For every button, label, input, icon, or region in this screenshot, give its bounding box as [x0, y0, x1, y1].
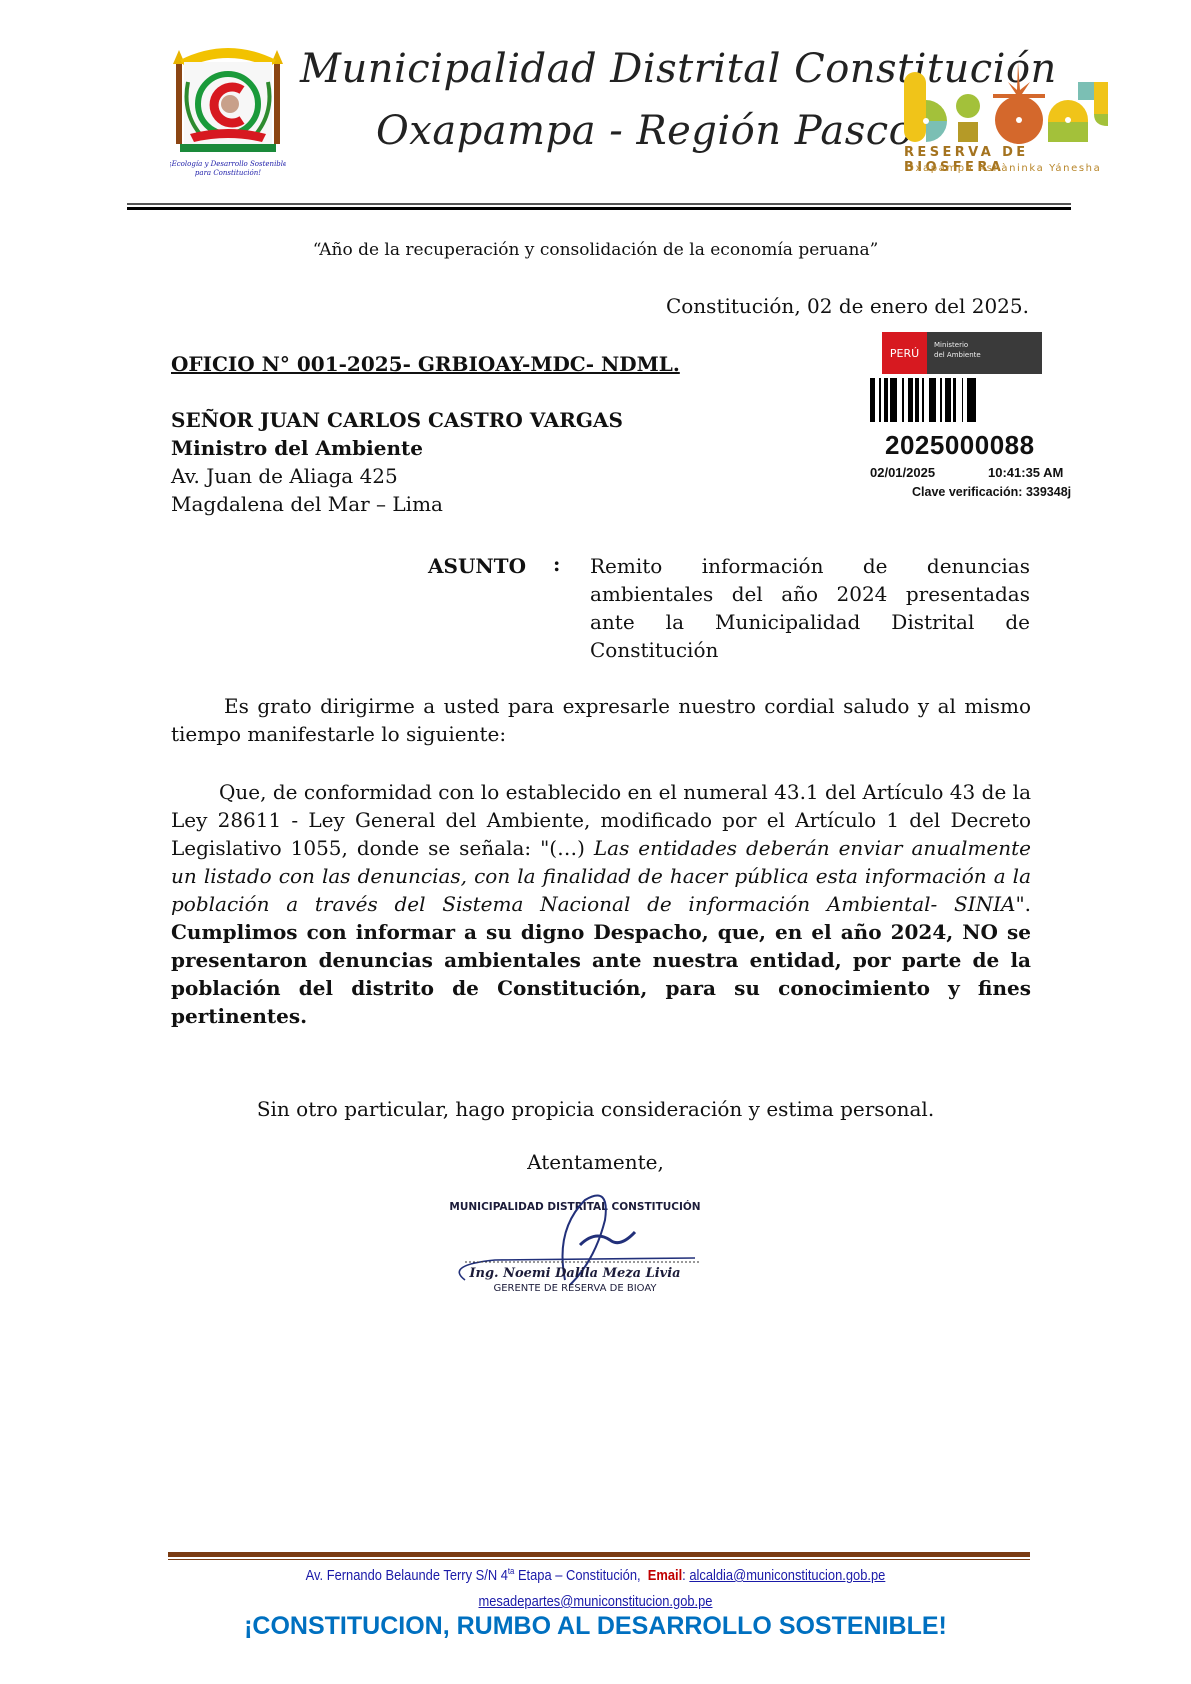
recipient-name: SEÑOR JUAN CARLOS CASTRO VARGAS	[171, 406, 623, 434]
registration-time: 10:41:35 AM	[988, 465, 1063, 480]
year-motto: “Año de la recuperación y consolidación …	[0, 236, 1191, 264]
recipient-role: Ministro del Ambiente	[171, 434, 423, 462]
valediction: Atentamente,	[0, 1148, 1191, 1176]
email-link-alcaldia[interactable]: alcaldia@municonstitucion.gob.pe	[689, 1567, 885, 1584]
svg-text:GERENTE DE RESERVA DE BIOAY: GERENTE DE RESERVA DE BIOAY	[493, 1283, 657, 1294]
date-line: Constitución, 02 de enero del 2025.	[666, 292, 1029, 320]
document-reference: OFICIO N° 001-2025- GRBIOAY-MDC- NDML.	[171, 350, 680, 378]
footer-divider-thick	[168, 1552, 1030, 1557]
subject-text: Remito información de denuncias ambienta…	[590, 552, 1030, 664]
body-paragraph-greeting: Es grato dirigirme a usted para expresar…	[171, 692, 1031, 748]
footer-contact-line: Av. Fernando Belaunde Terry S/N 4ta Etap…	[83, 1566, 1107, 1584]
email-link-mesadepartes[interactable]: mesadepartes@municonstitucion.gob.pe	[479, 1593, 713, 1610]
reception-stamp: PERÚ Ministerio del Ambiente 2025000088 …	[870, 330, 1140, 500]
footer-email-sep: :	[682, 1567, 689, 1584]
footer-address-rest: Etapa – Constitución,	[514, 1567, 647, 1584]
footer-address: Av. Fernando Belaunde Terry S/N 4	[306, 1567, 508, 1584]
biosphere-subcaption: Oxapampa Ashàninka Yánesha	[906, 163, 1116, 174]
barcode-icon	[870, 378, 1020, 422]
verification-key: Clave verificación: 339348j	[912, 485, 1071, 499]
quote-close: ".	[1015, 892, 1031, 916]
ministry-name: Ministerio del Ambiente	[934, 340, 981, 360]
ministry-logo: PERÚ Ministerio del Ambiente	[882, 332, 1042, 374]
body-paragraph-main: Que, de conformidad con lo establecido e…	[171, 778, 1031, 1030]
registration-date: 02/01/2025	[870, 465, 935, 480]
registration-number: 2025000088	[885, 430, 1035, 461]
header-title-line2: Oxapampa - Región Pasco	[376, 108, 913, 154]
recipient-address-line1: Av. Juan de Aliaga 425	[171, 462, 398, 490]
signature-stamp: MUNICIPALIDAD DISTRITAL CONSTITUCIÓN Ing…	[435, 1190, 715, 1310]
header-divider-thick	[127, 207, 1071, 210]
svg-text:para Constitución!: para Constitución!	[195, 169, 261, 177]
subject-colon: :	[553, 550, 560, 578]
footer-email-line: mesadepartes@municonstitucion.gob.pe	[83, 1593, 1107, 1610]
peru-logo-mark: PERÚ	[882, 332, 927, 374]
recipient-address-line2: Magdalena del Mar – Lima	[171, 490, 443, 518]
footer-slogan: ¡CONSTITUCION, RUMBO AL DESARROLLO SOSTE…	[0, 1612, 1191, 1641]
footer-divider	[168, 1559, 1030, 1560]
municipal-crest-icon: ¡Ecología y Desarrollo Sostenible para C…	[170, 42, 286, 187]
svg-text:Ing. Noemi Dalila Meza Livia: Ing. Noemi Dalila Meza Livia	[468, 1266, 680, 1281]
header-divider	[127, 203, 1071, 205]
svg-text:¡Ecología y Desarrollo Sosteni: ¡Ecología y Desarrollo Sostenible	[170, 160, 286, 168]
subject-label: ASUNTO	[428, 552, 526, 580]
body-paragraph-closing: Sin otro particular, hago propicia consi…	[0, 1095, 1191, 1123]
footer-email-label: Email	[648, 1567, 682, 1584]
statement-text: Cumplimos con informar a su digno Despac…	[171, 920, 1031, 1028]
